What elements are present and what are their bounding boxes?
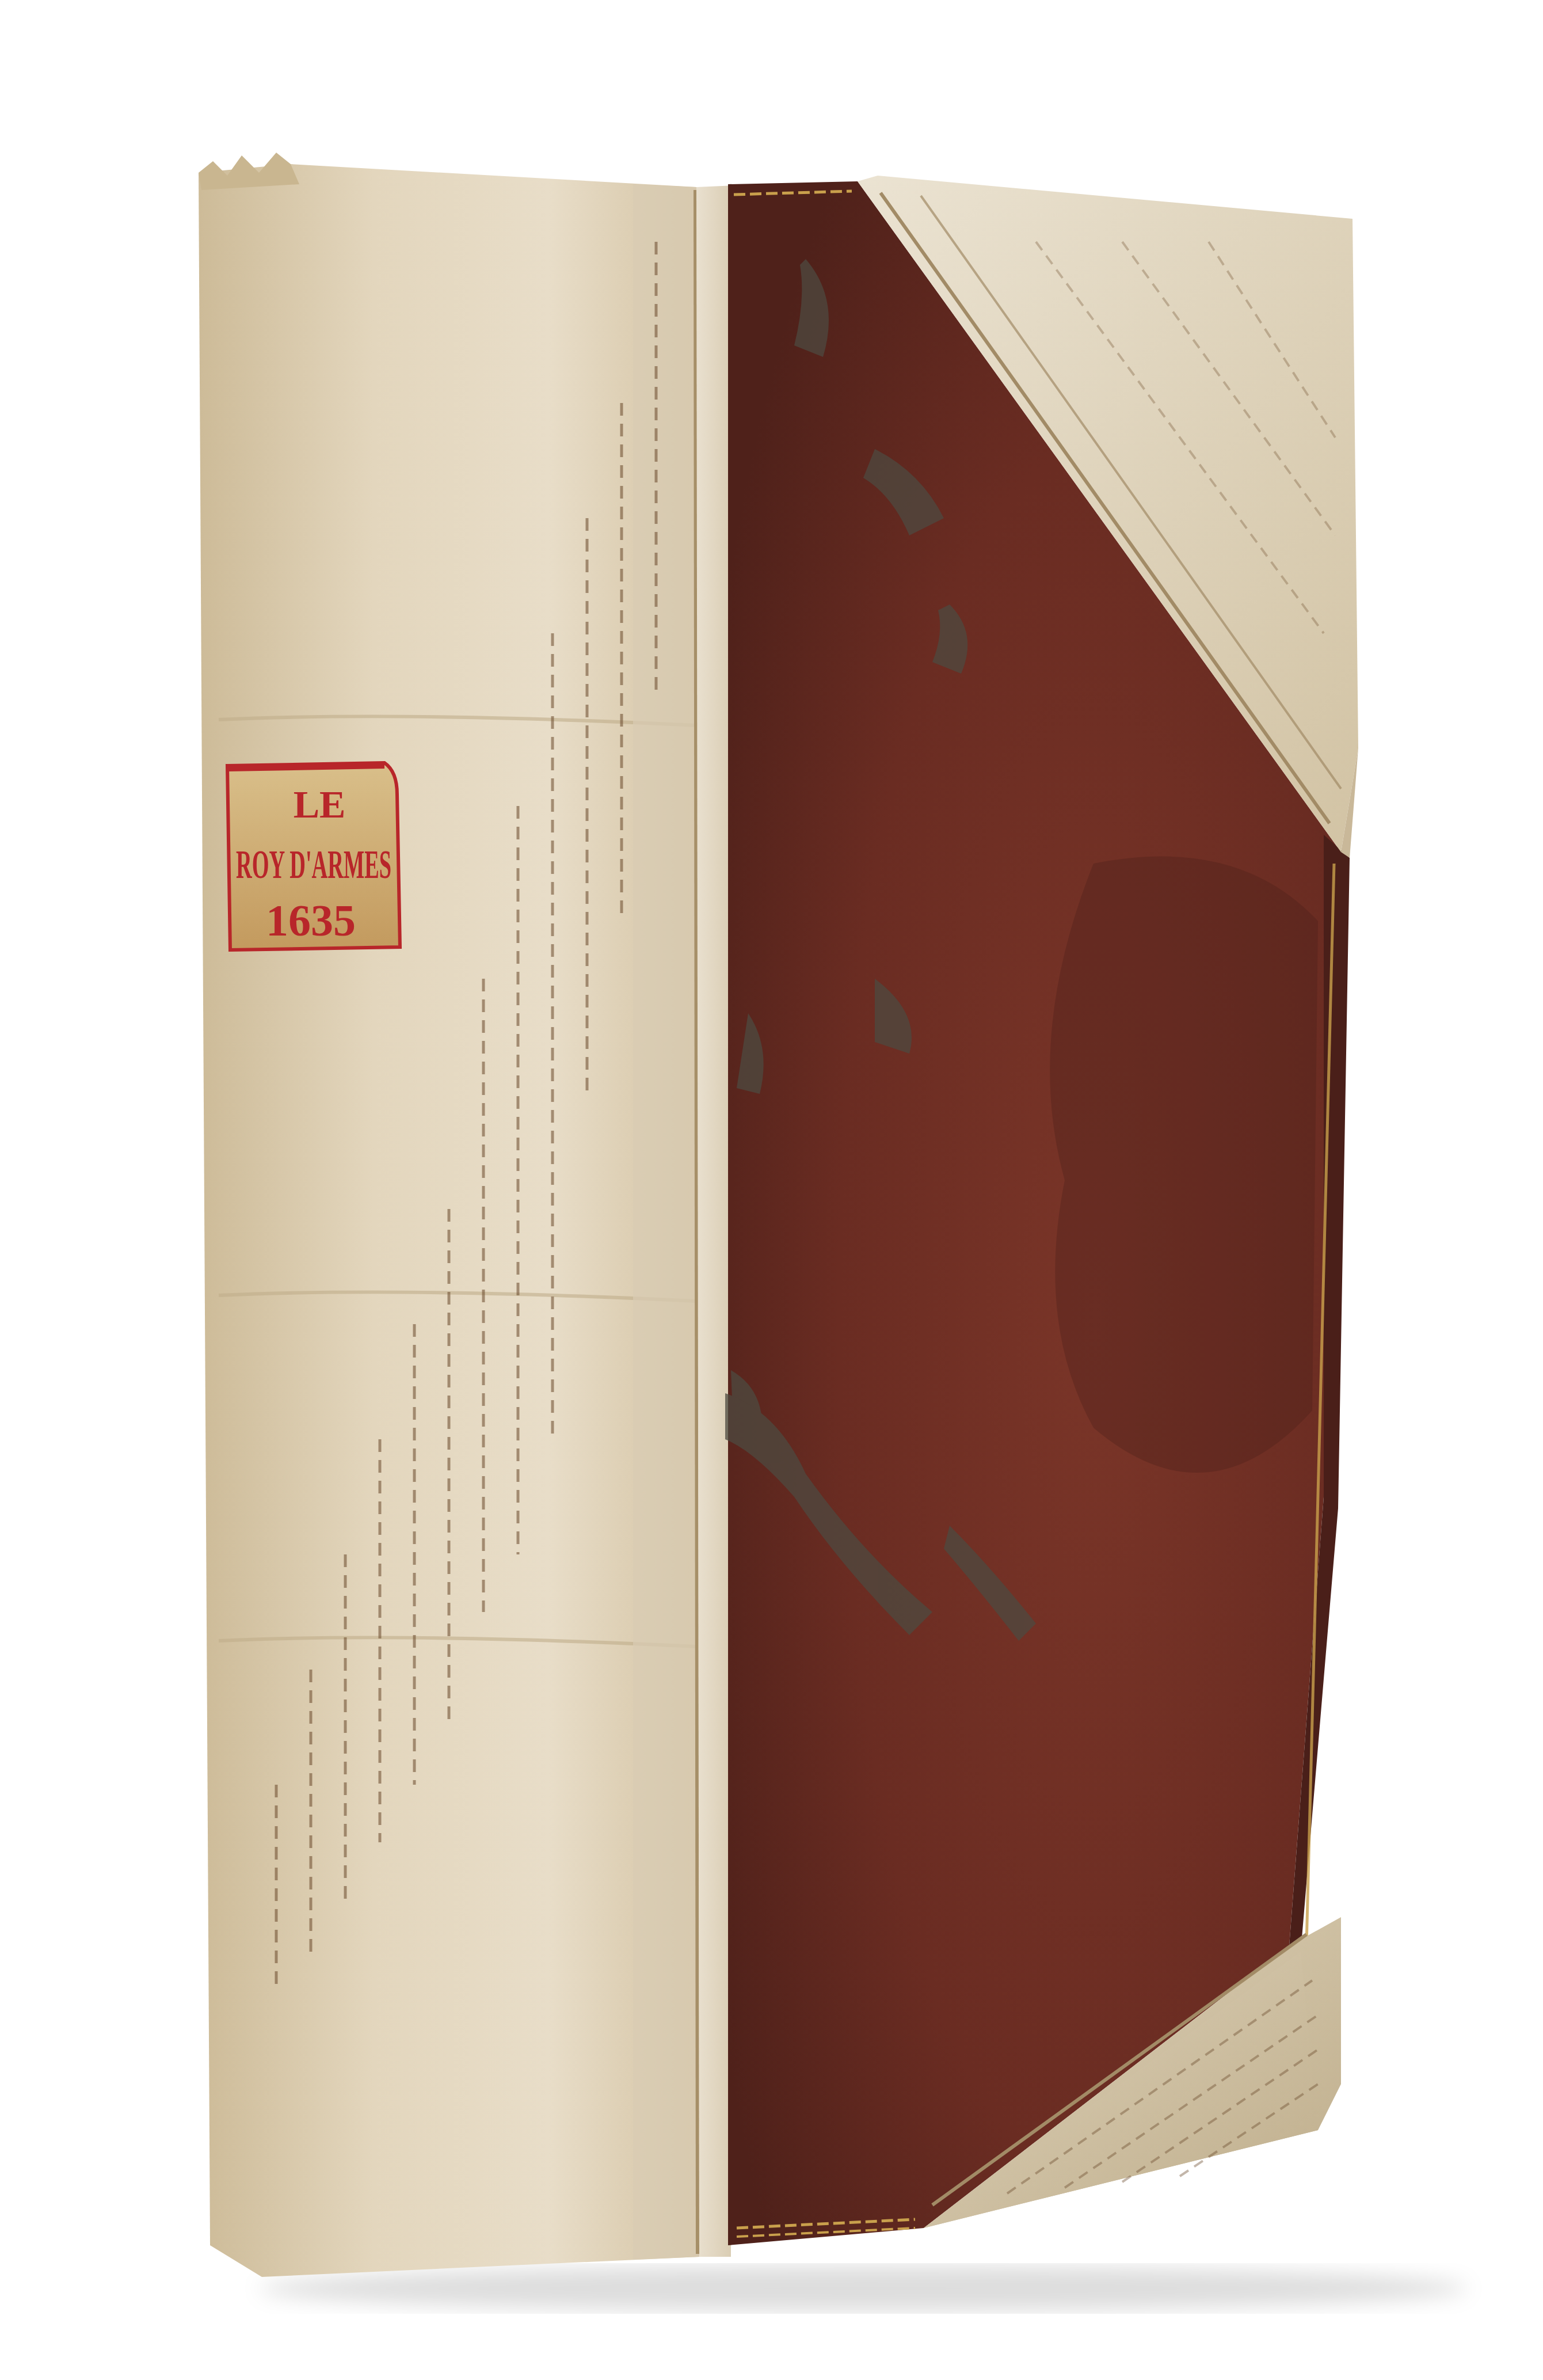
label-line-1: LE [294, 782, 346, 826]
label-line-3: 1635 [266, 895, 356, 945]
leather-stain [1050, 857, 1318, 1473]
shadow [259, 2265, 1468, 2311]
spine-edge [633, 184, 699, 2260]
frayed-spine-top [199, 153, 299, 190]
book-photo: LE ROY D'ARMES 1635 [0, 0, 1543, 2380]
spine-label: LE ROY D'ARMES 1635 [227, 763, 400, 950]
book-illustration: LE ROY D'ARMES 1635 [0, 0, 1543, 2380]
label-line-2: ROY D'ARMES [236, 843, 391, 887]
